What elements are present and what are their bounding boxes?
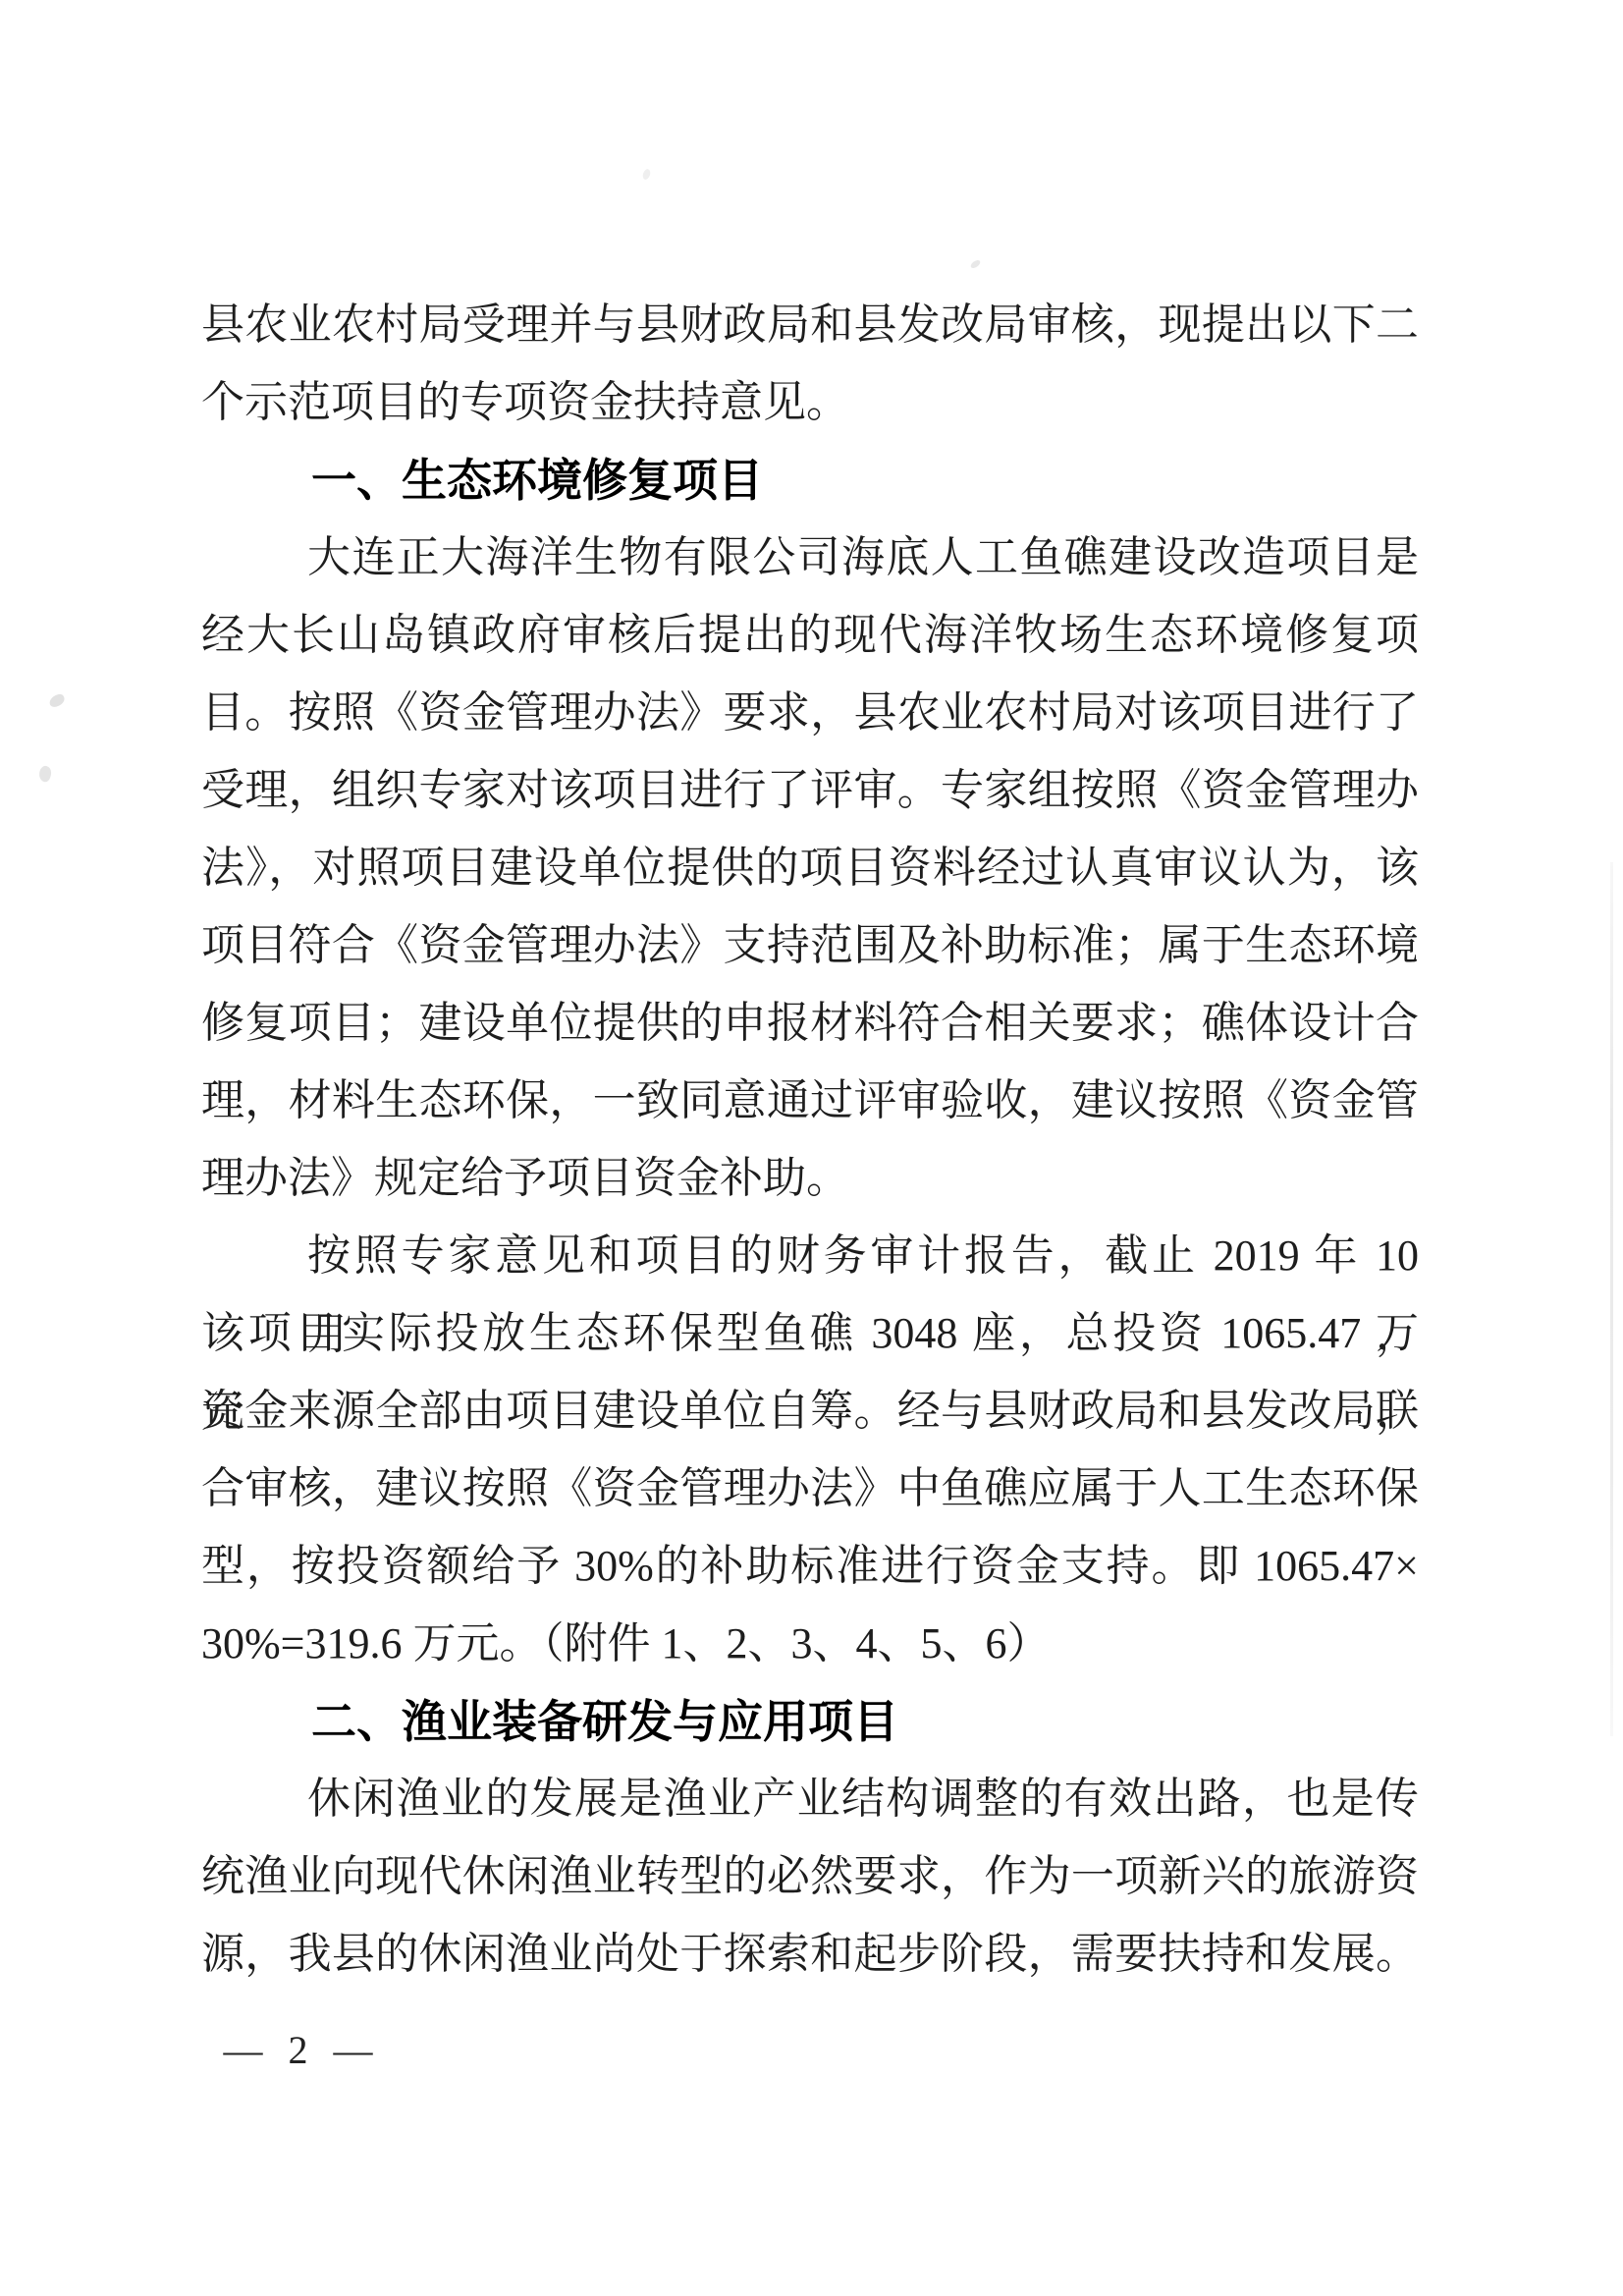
body-line: 型，按投资额给予 30%的补助标准进行资金支持。即 1065.47× xyxy=(201,1527,1419,1606)
body-line: 该项目实际投放生态环保型鱼礁 3048 座，总投资 1065.47 万元， xyxy=(201,1294,1419,1373)
body-line: 资金来源全部由项目建设单位自筹。经与县财政局和县发改局联 xyxy=(201,1372,1419,1450)
body-line: 30%=319.6 万元。（附件 1、2、3、4、5、6） xyxy=(201,1605,1419,1683)
document-page: 县农业农村局受理并与县财政局和县发改局审核，现提出以下二 个示范项目的专项资金扶… xyxy=(0,0,1623,2296)
body-line: 修复项目；建设单位提供的申报材料符合相关要求；礁体设计合 xyxy=(201,984,1419,1063)
body-line: 经大长山岛镇政府审核后提出的现代海洋牧场生态环境修复项 xyxy=(201,596,1419,675)
body-line: 理，材料生态环保，一致同意通过评审验收，建议按照《资金管 xyxy=(201,1062,1419,1140)
scan-speck xyxy=(47,692,66,709)
body-line: 目。按照《资金管理办法》要求，县农业农村局对该项目进行了 xyxy=(201,674,1419,752)
body-line: 理办法》规定给予项目资金补助。 xyxy=(201,1139,1419,1218)
scan-speck xyxy=(37,765,53,784)
page-number: — 2 — xyxy=(201,2019,403,2082)
body-line: 大连正大海洋生物有限公司海底人工鱼礁建设改造项目是 xyxy=(201,519,1419,597)
body-line: 按照专家意见和项目的财务审计报告，截止 2019 年 10 月， xyxy=(201,1217,1419,1295)
section-heading-2: 二、渔业装备研发与应用项目 xyxy=(201,1682,1419,1761)
scan-speck xyxy=(969,258,981,269)
body-line: 合审核，建议按照《资金管理办法》中鱼礁应属于人工生态环保 xyxy=(201,1449,1419,1528)
body-line: 源，我县的休闲渔业尚处于探索和起步阶段，需要扶持和发展。 xyxy=(201,1915,1419,1994)
body-line: 统渔业向现代休闲渔业转型的必然要求，作为一项新兴的旅游资 xyxy=(201,1837,1419,1916)
body-line: 休闲渔业的发展是渔业产业结构调整的有效出路，也是传 xyxy=(201,1760,1419,1838)
body-line: 个示范项目的专项资金扶持意见。 xyxy=(201,363,1419,442)
body-line: 县农业农村局受理并与县财政局和县发改局审核，现提出以下二 xyxy=(201,286,1419,364)
scan-edge-streak xyxy=(1610,862,1613,1736)
body-line: 法》，对照项目建设单位提供的项目资料经过认真审议认为，该 xyxy=(201,829,1419,907)
scan-speck xyxy=(641,168,651,181)
body-line: 项目符合《资金管理办法》支持范围及补助标准；属于生态环境 xyxy=(201,906,1419,985)
body-line: 受理，组织专家对该项目进行了评审。专家组按照《资金管理办 xyxy=(201,751,1419,830)
section-heading-1: 一、生态环境修复项目 xyxy=(201,441,1419,519)
